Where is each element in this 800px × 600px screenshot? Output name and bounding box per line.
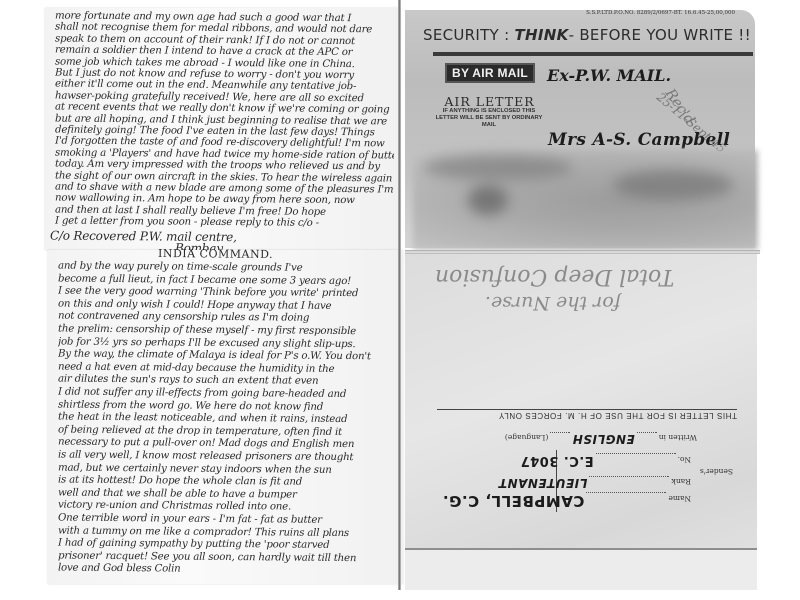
air-letter-form: S.S.P.LTD.P.O.NO. 8289/2/0697-BT. 16.6.4… xyxy=(405,10,755,580)
redacted-address-block xyxy=(413,150,758,250)
printer-code: S.S.P.LTD.P.O.NO. 8289/2/0697-BT. 16.6.4… xyxy=(405,10,735,16)
air-letter-title: AIR LETTER xyxy=(437,94,542,109)
inverted-sender-section: Sender's NameCAMPBELL, C.G. RankLIEUTENA… xyxy=(405,254,757,554)
sender-rank-field: RankLIEUTENANT xyxy=(498,476,691,490)
sender-number-field: No.E.C. 3047 xyxy=(520,453,691,468)
sender-number-value: E.C. 3047 xyxy=(520,453,594,468)
bottom-flap xyxy=(405,548,757,590)
handwritten-page-top: more fortunate and my own age had such a… xyxy=(45,8,400,250)
banner-rule xyxy=(433,52,753,56)
handwritten-page-bottom: INDIA COMMAND.and by the way purely on t… xyxy=(48,250,403,584)
ex-pw-mail-mark: Ex-P.W. MAIL. xyxy=(547,66,671,85)
sender-rank-value: LIEUTENANT xyxy=(498,476,587,490)
pencil-note-upside-down-1: Total Deep Confusion xyxy=(435,264,674,289)
address-panel: S.S.P.LTD.P.O.NO. 8289/2/0697-BT. 16.6.4… xyxy=(405,10,755,248)
redaction-blob xyxy=(423,155,573,180)
return-address-line: INDIA COMMAND. xyxy=(158,247,397,262)
vertical-fold-crease xyxy=(398,0,401,590)
security-banner: SECURITY : THINK- BEFORE YOU WRITE !! xyxy=(423,26,753,44)
security-emphasis: THINK xyxy=(515,26,569,44)
security-prefix: SECURITY : xyxy=(423,26,515,44)
forces-only-notice: THIS LETTER IS FOR THE USE OF H. M. FORC… xyxy=(437,409,737,420)
enclosure-note: IF ANYTHING IS ENCLOSED THIS LETTER WILL… xyxy=(433,108,545,129)
sender-name-field: NameCAMPBELL, C.G. xyxy=(442,492,691,510)
addressee-name: Mrs A-S. Campbell xyxy=(548,130,730,150)
sender-name-value: CAMPBELL, C.G. xyxy=(442,492,584,510)
pencil-note-upside-down-2: for the Nurse. xyxy=(485,292,621,314)
redaction-blob xyxy=(613,170,733,200)
language-value: ENGLISH xyxy=(572,432,634,446)
language-field: Written inENGLISH(Language) xyxy=(505,432,697,446)
airmail-badge: BY AIR MAIL xyxy=(445,63,535,83)
redaction-blob xyxy=(468,185,508,215)
security-suffix: - BEFORE YOU WRITE !! xyxy=(569,26,751,44)
handwritten-line: love and God bless Colin xyxy=(58,563,397,579)
sender-label: Sender's xyxy=(700,467,733,476)
